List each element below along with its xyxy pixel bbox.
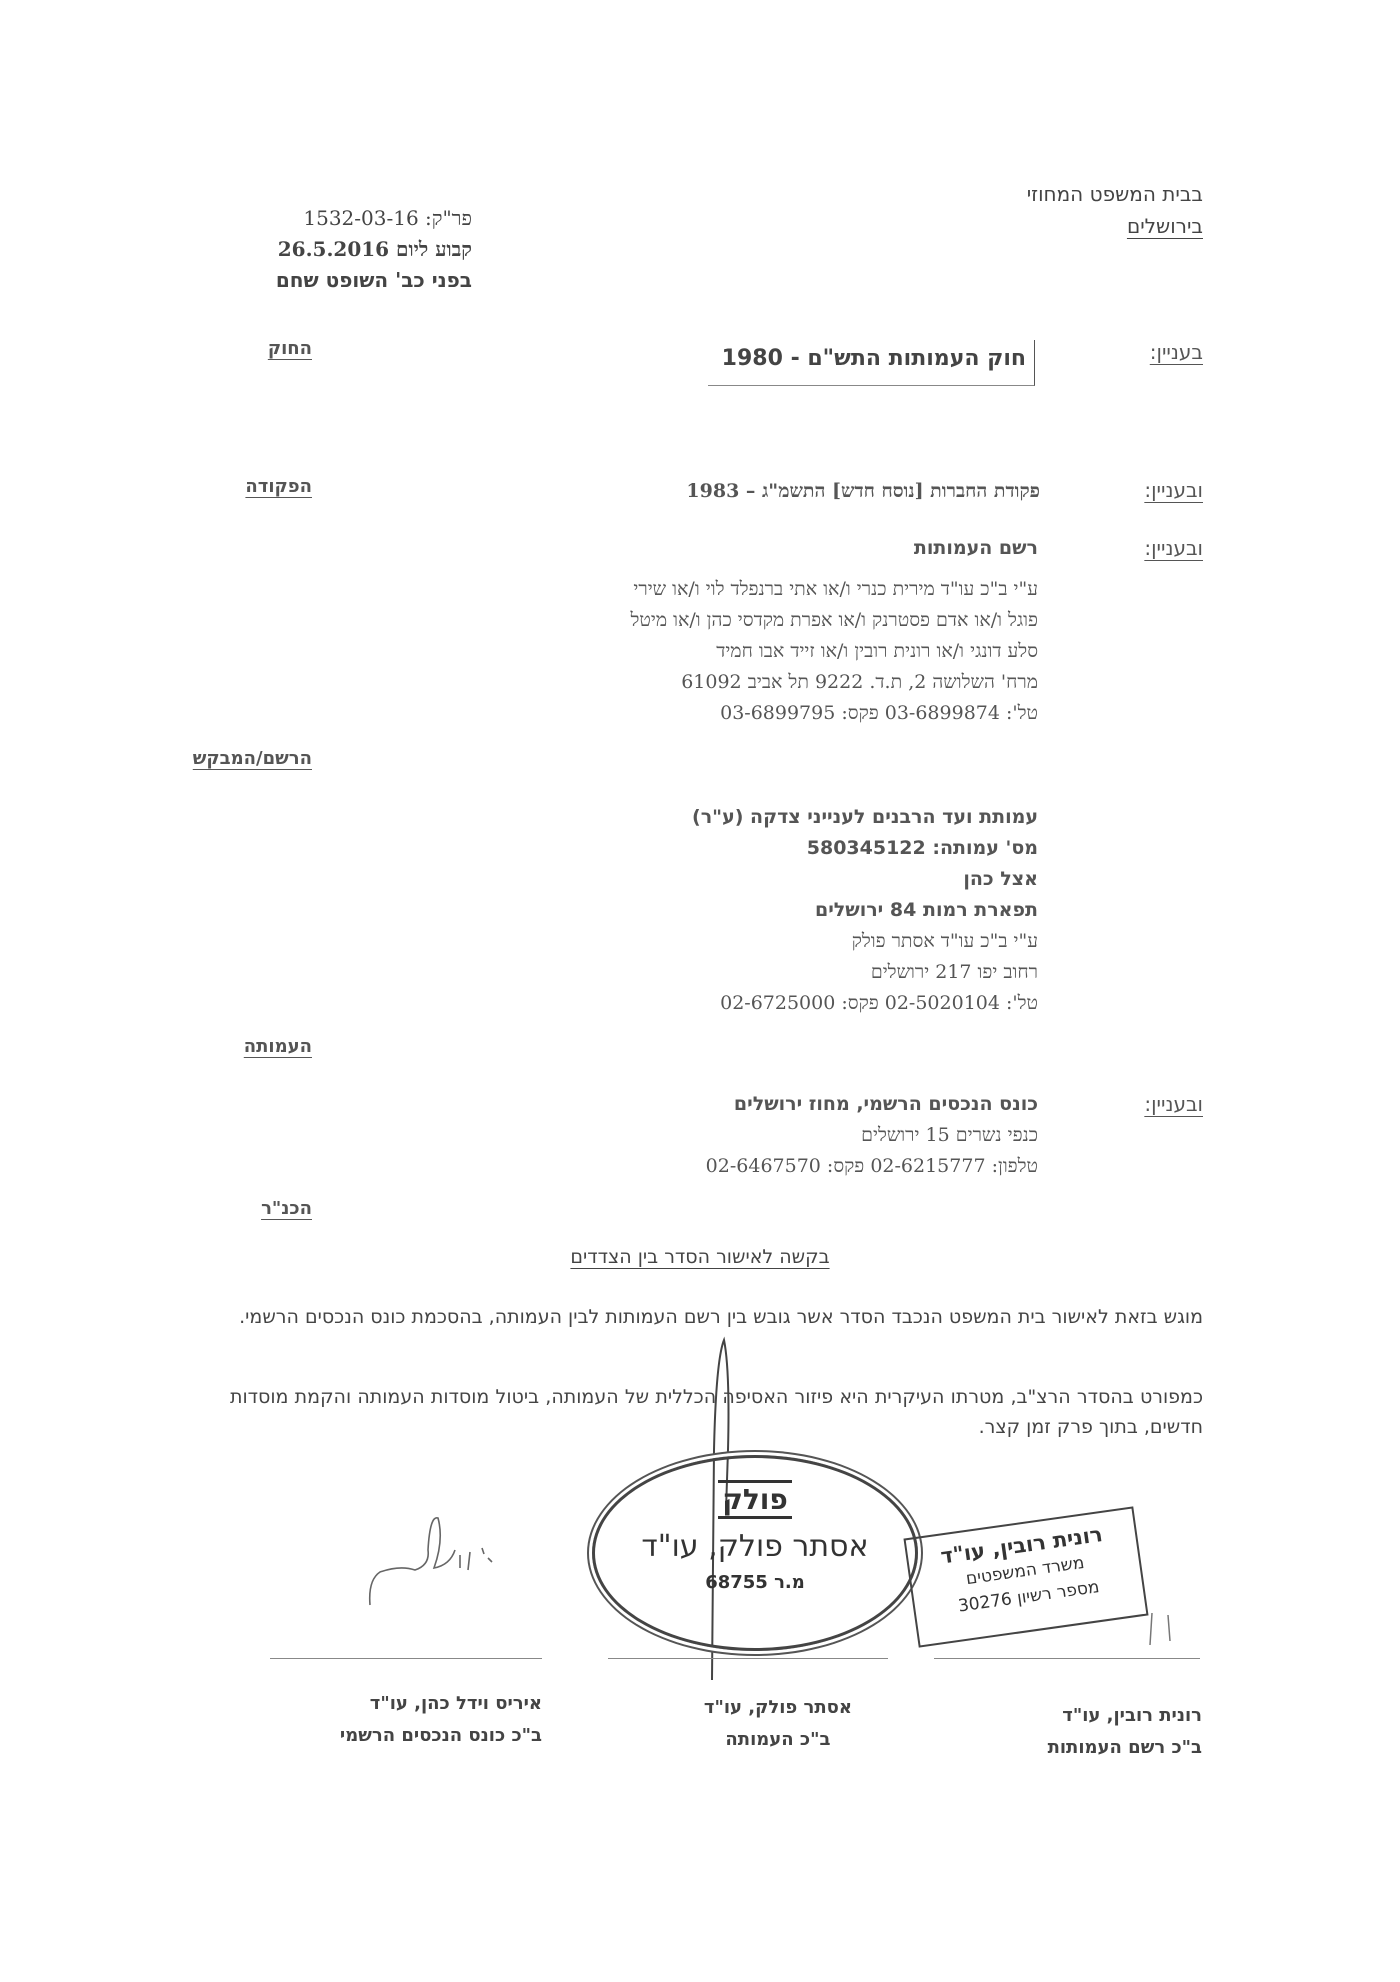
court-header: בבית המשפט המחוזי בירושלים (1027, 178, 1203, 242)
matter-label: ובעניין: (1144, 478, 1203, 502)
case-number: פר"ק: 1532-03-16 (276, 203, 472, 234)
association-attorney: ע"י ב"כ עו"ד אסתר פולק (692, 926, 1038, 957)
signatory-name: אסתר פולק, עו"ד (704, 1692, 852, 1724)
registrar-phone: טל': 03-6899874 פקס: 03-6899795 (630, 698, 1038, 729)
request-paragraph-1: מוגש בזאת לאישור בית המשפט הנכבד הסדר אש… (230, 1302, 1203, 1332)
signatory-role: ב"כ רשם העמותות (1048, 1732, 1202, 1764)
role-label-law: החוק (268, 338, 312, 359)
signatory-association: אסתר פולק, עו"ד ב"כ העמותה (704, 1692, 852, 1756)
matter-label: ובעניין: (1144, 536, 1203, 560)
signatory-registrar: רונית רובין, עו"ד ב"כ רשם העמותות (1048, 1700, 1202, 1764)
association-phone: טל': 02-5020104 פקס: 02-6725000 (692, 988, 1038, 1019)
registrar-block: רשם העמותות ע"י ב"כ עו"ד מירית כנרי ו/או… (630, 533, 1038, 729)
ordinance-title: פקודת החברות [נוסח חדש] התשמ"ג – 1983 (686, 476, 1040, 507)
signatory-name: איריס וידל כהן, עו"ד (340, 1688, 542, 1720)
receiver-name: כונס הנכסים הרשמי, מחוז ירושלים (706, 1089, 1038, 1120)
matter-label: בעניין: (1150, 340, 1203, 364)
matter-label: ובעניין: (1144, 1092, 1203, 1116)
role-label-association: העמותה (244, 1036, 312, 1057)
judge-name: בפני כב' השופט שחם (276, 265, 472, 296)
case-details: פר"ק: 1532-03-16 קבוע ליום 26.5.2016 בפנ… (276, 203, 472, 296)
signature-line (270, 1658, 542, 1659)
association-care-of: אצל כהן (692, 864, 1038, 895)
registrar-attorneys-line1: ע"י ב"כ עו"ד מירית כנרי ו/או אתי ברנפלד … (630, 574, 1038, 605)
association-address: תפארת רמות 84 ירושלים (692, 895, 1038, 926)
rectangle-stamp: רונית רובין, עו"ד משרד המשפטים מספר רשיו… (903, 1506, 1148, 1647)
signatory-receiver: איריס וידל כהן, עו"ד ב"כ כונס הנכסים הרש… (340, 1688, 542, 1752)
role-label-registrar: הרשם/המבקש (193, 748, 312, 769)
hearing-date: קבוע ליום 26.5.2016 (276, 234, 472, 265)
stamp-attorney-name: אסתר פולק, עו"ד (595, 1529, 915, 1564)
registrar-attorneys-line3: סלע דונגי ו/או רונית רובין ו/או זייד אבו… (630, 636, 1038, 667)
receiver-phone: טלפון: 02-6215777 פקס: 02-6467570 (706, 1151, 1038, 1182)
signature-mark-icon (1140, 1605, 1190, 1655)
signature-line (934, 1658, 1200, 1659)
signature-line (608, 1658, 888, 1659)
signatory-name: רונית רובין, עו"ד (1048, 1700, 1202, 1732)
signatory-role: ב"כ העמותה (704, 1724, 852, 1756)
oval-stamp: פולק אסתר פולק, עו"ד מ.ר 68755 (592, 1455, 918, 1651)
association-block: עמותת ועד הרבנים לענייני צדקה (ע"ר) מס' … (692, 802, 1038, 1019)
receiver-block: כונס הנכסים הרשמי, מחוז ירושלים כנפי נשר… (706, 1089, 1038, 1182)
registrar-address: מרח' השלושה 2, ת.ד. 9222 תל אביב 61092 (630, 667, 1038, 698)
stamp-license-number: מ.ר 68755 (595, 1572, 915, 1593)
association-number: מס' עמותה: 580345122 (692, 833, 1038, 864)
law-title: חוק העמותות התש"ם - 1980 (722, 346, 1026, 371)
role-label-receiver: הכנ"ר (261, 1198, 312, 1219)
registrar-name: רשם העמותות (630, 533, 1038, 564)
receiver-address: כנפי נשרים 15 ירושלים (706, 1120, 1038, 1151)
signatory-role: ב"כ כונס הנכסים הרשמי (340, 1720, 542, 1752)
stamp-firm-name: פולק (718, 1480, 792, 1519)
law-title-box: חוק העמותות התש"ם - 1980 (708, 340, 1035, 386)
handwritten-signature-icon (360, 1510, 530, 1620)
registrar-attorneys-line2: פוגל ו/או אדם פסטרנק ו/או אפרת מקדסי כהן… (630, 605, 1038, 636)
role-label-ordinance: הפקודה (245, 476, 312, 497)
association-name: עמותת ועד הרבנים לענייני צדקה (ע"ר) (692, 802, 1038, 833)
court-city: בירושלים (1027, 210, 1203, 242)
court-name: בבית המשפט המחוזי (1027, 178, 1203, 210)
association-attorney-address: רחוב יפו 217 ירושלים (692, 957, 1038, 988)
request-title: בקשה לאישור הסדר בין הצדדים (0, 1246, 1400, 1268)
